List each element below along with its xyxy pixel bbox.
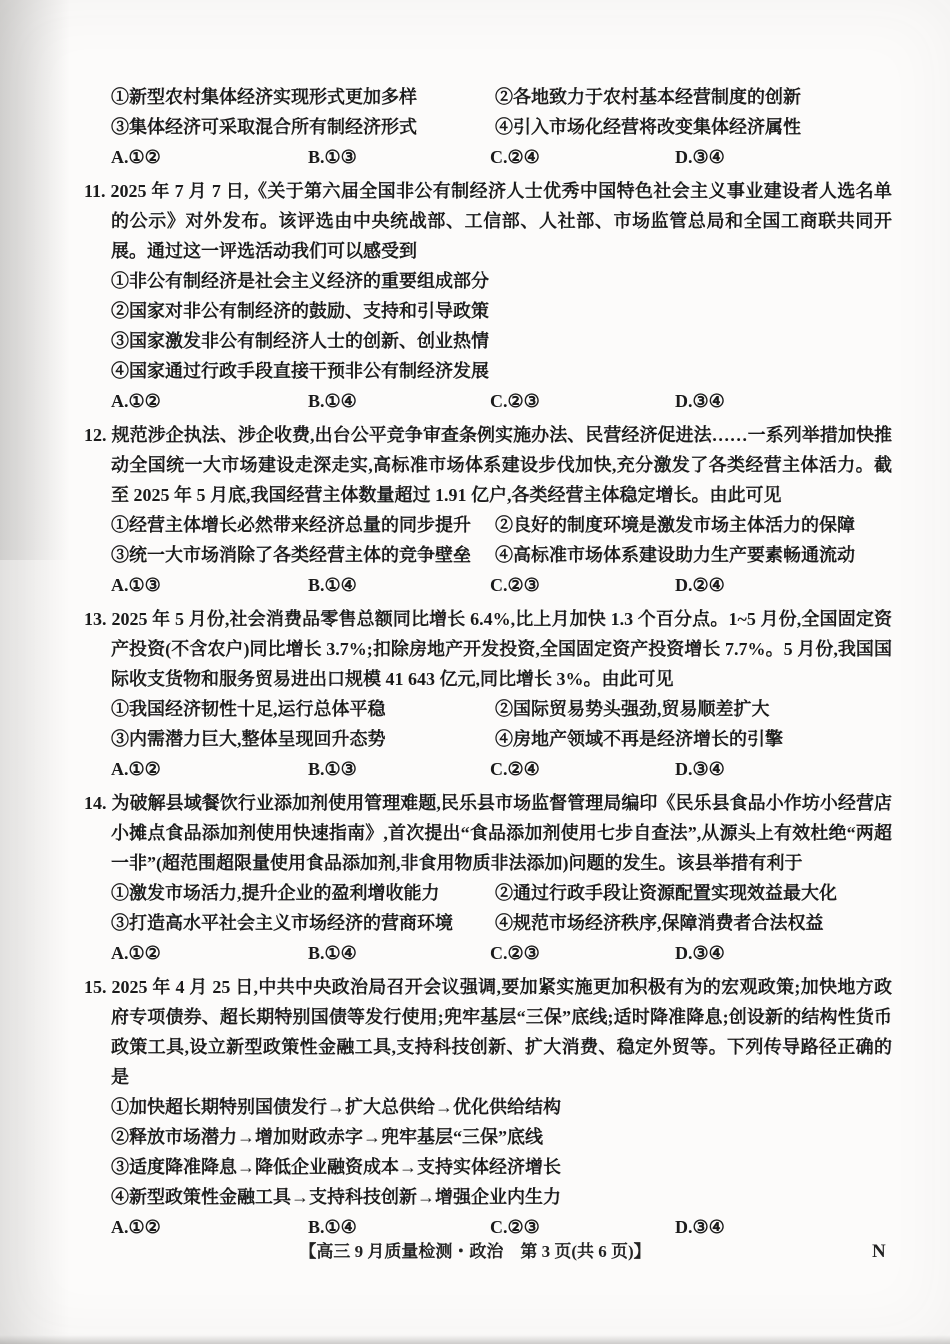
answer-choice-b: B.①④ (308, 570, 490, 600)
answer-choice-d: D.③④ (675, 938, 892, 968)
question-stem: 15.2025 年 4 月 25 日,中共中央政治局召开会议强调,要加紧实施更加… (84, 972, 892, 1092)
question-number: 15. (84, 977, 112, 997)
answer-choice-a: A.①② (111, 142, 308, 172)
answer-row: A.①② B.①③ C.②④ D.③④ (111, 142, 892, 172)
option-item: ④国家通过行政手段直接干预非公有制经济发展 (111, 356, 892, 386)
corner-mark: N (872, 1240, 886, 1264)
question-number: 12. (84, 425, 112, 445)
answer-choice-c: C.②③ (490, 570, 675, 600)
question-stem: 13.2025 年 5 月份,社会消费品零售总额同比增长 6.4%,比上月加快 … (84, 604, 892, 694)
question-number: 13. (84, 609, 112, 629)
option-item: ③集体经济可采取混合所有制经济形式 (111, 112, 495, 142)
option-item: ③打造高水平社会主义市场经济的营商环境 (111, 908, 495, 938)
option-item: ③统一大市场消除了各类经营主体的竞争壁垒 (111, 540, 495, 570)
answer-choice-c: C.②③ (490, 1212, 675, 1242)
question-stem: 12.规范涉企执法、涉企收费,出台公平竞争审查条例实施办法、民营经济促进法……一… (84, 420, 892, 510)
answer-row: A.①② B.①④ C.②③ D.③④ (111, 1212, 892, 1242)
option-item: ②释放市场潜力→增加财政赤字→兜牢基层“三保”底线 (111, 1122, 892, 1152)
answer-choice-d: D.③④ (675, 1212, 892, 1242)
question-number: 14. (84, 793, 112, 813)
question-stem: 14.为破解县域餐饮行业添加剂使用管理难题,民乐县市场监督管理局编印《民乐县食品… (84, 788, 892, 878)
option-item: ②良好的制度环境是激发市场主体活力的保障 (495, 510, 892, 540)
question-stem-text: 2025 年 7 月 7 日,《关于第六届全国非公有制经济人士优秀中国特色社会主… (111, 181, 892, 261)
question-stem-text: 2025 年 5 月份,社会消费品零售总额同比增长 6.4%,比上月加快 1.3… (111, 609, 892, 689)
option-item: ①加快超长期特别国债发行→扩大总供给→优化供给结构 (111, 1092, 892, 1122)
option-item: ④引入市场化经营将改变集体经济属性 (495, 112, 892, 142)
option-item: ④高标准市场体系建设助力生产要素畅通流动 (495, 540, 892, 570)
answer-choice-d: D.③④ (675, 386, 892, 416)
answer-choice-b: B.①④ (308, 386, 490, 416)
question-11: 11.2025 年 7 月 7 日,《关于第六届全国非公有制经济人士优秀中国特色… (84, 176, 892, 416)
option-item: ②各地致力于农村基本经营制度的创新 (495, 82, 892, 112)
answer-choice-c: C.②④ (490, 754, 675, 784)
answer-row: A.①② B.①④ C.②③ D.③④ (111, 386, 892, 416)
answer-choice-a: A.①② (111, 938, 308, 968)
question-stem-text: 为破解县域餐饮行业添加剂使用管理难题,民乐县市场监督管理局编印《民乐县食品小作坊… (111, 793, 892, 873)
question-number: 11. (84, 181, 111, 201)
question-13: 13.2025 年 5 月份,社会消费品零售总额同比增长 6.4%,比上月加快 … (84, 604, 892, 784)
option-grid: ①经营主体增长必然带来经济总量的同步提升 ②良好的制度环境是激发市场主体活力的保… (111, 510, 892, 570)
scan-shadow-left-top (0, 0, 78, 560)
scan-shadow-bottom (0, 1335, 950, 1344)
option-item: ②通过行政手段让资源配置实现效益最大化 (495, 878, 892, 908)
question-stem: 11.2025 年 7 月 7 日,《关于第六届全国非公有制经济人士优秀中国特色… (84, 176, 892, 266)
option-item: ①激发市场活力,提升企业的盈利增收能力 (111, 878, 495, 908)
exam-content: ①新型农村集体经济实现形式更加多样 ②各地致力于农村基本经营制度的创新 ③集体经… (84, 0, 892, 1242)
option-item: ④房地产领域不再是经济增长的引擎 (495, 724, 892, 754)
answer-choice-a: A.①② (111, 386, 308, 416)
option-item: ③国家激发非公有制经济人士的创新、创业热情 (111, 326, 892, 356)
option-grid: ①新型农村集体经济实现形式更加多样 ②各地致力于农村基本经营制度的创新 ③集体经… (111, 82, 892, 142)
question-15: 15.2025 年 4 月 25 日,中共中央政治局召开会议强调,要加紧实施更加… (84, 972, 892, 1242)
page-footer: 【高三 9 月质量检测・政治 第 3 页(共 6 页)】 (0, 1240, 950, 1264)
option-list: ①加快超长期特别国债发行→扩大总供给→优化供给结构 ②释放市场潜力→增加财政赤字… (111, 1092, 892, 1212)
option-item: ①新型农村集体经济实现形式更加多样 (111, 82, 495, 112)
option-grid: ①激发市场活力,提升企业的盈利增收能力 ②通过行政手段让资源配置实现效益最大化 … (111, 878, 892, 938)
answer-choice-b: B.①④ (308, 1212, 490, 1242)
answer-choice-a: A.①② (111, 1212, 308, 1242)
answer-choice-d: D.③④ (675, 142, 892, 172)
answer-choice-a: A.①③ (111, 570, 308, 600)
answer-choice-d: D.②④ (675, 570, 892, 600)
option-item: ③适度降准降息→降低企业融资成本→支持实体经济增长 (111, 1152, 892, 1182)
option-item: ①非公有制经济是社会主义经济的重要组成部分 (111, 266, 892, 296)
question-14: 14.为破解县域餐饮行业添加剂使用管理难题,民乐县市场监督管理局编印《民乐县食品… (84, 788, 892, 968)
option-item: ④规范市场经济秩序,保障消费者合法权益 (495, 908, 892, 938)
question-12: 12.规范涉企执法、涉企收费,出台公平竞争审查条例实施办法、民营经济促进法……一… (84, 420, 892, 600)
answer-choice-c: C.②③ (490, 386, 675, 416)
scan-shadow-left (0, 0, 82, 1344)
question-10-tail: ①新型农村集体经济实现形式更加多样 ②各地致力于农村基本经营制度的创新 ③集体经… (84, 82, 892, 172)
option-grid: ①我国经济韧性十足,运行总体平稳 ②国际贸易势头强劲,贸易顺差扩大 ③内需潜力巨… (111, 694, 892, 754)
exam-paper-page: ①新型农村集体经济实现形式更加多样 ②各地致力于农村基本经营制度的创新 ③集体经… (0, 0, 950, 1344)
answer-choice-d: D.③④ (675, 754, 892, 784)
answer-choice-b: B.①③ (308, 754, 490, 784)
answer-row: A.①② B.①④ C.②③ D.③④ (111, 938, 892, 968)
question-stem-text: 规范涉企执法、涉企收费,出台公平竞争审查条例实施办法、民营经济促进法……一系列举… (111, 425, 892, 505)
option-item: ①我国经济韧性十足,运行总体平稳 (111, 694, 495, 724)
option-item: ④新型政策性金融工具→支持科技创新→增强企业内生力 (111, 1182, 892, 1212)
option-item: ②国际贸易势头强劲,贸易顺差扩大 (495, 694, 892, 724)
answer-choice-c: C.②③ (490, 938, 675, 968)
option-item: ①经营主体增长必然带来经济总量的同步提升 (111, 510, 495, 540)
answer-choice-a: A.①② (111, 754, 308, 784)
answer-row: A.①③ B.①④ C.②③ D.②④ (111, 570, 892, 600)
question-stem-text: 2025 年 4 月 25 日,中共中央政治局召开会议强调,要加紧实施更加积极有… (111, 977, 892, 1087)
answer-choice-c: C.②④ (490, 142, 675, 172)
option-list: ①非公有制经济是社会主义经济的重要组成部分 ②国家对非公有制经济的鼓励、支持和引… (111, 266, 892, 386)
answer-row: A.①② B.①③ C.②④ D.③④ (111, 754, 892, 784)
answer-choice-b: B.①③ (308, 142, 490, 172)
option-item: ③内需潜力巨大,整体呈现回升态势 (111, 724, 495, 754)
option-item: ②国家对非公有制经济的鼓励、支持和引导政策 (111, 296, 892, 326)
answer-choice-b: B.①④ (308, 938, 490, 968)
